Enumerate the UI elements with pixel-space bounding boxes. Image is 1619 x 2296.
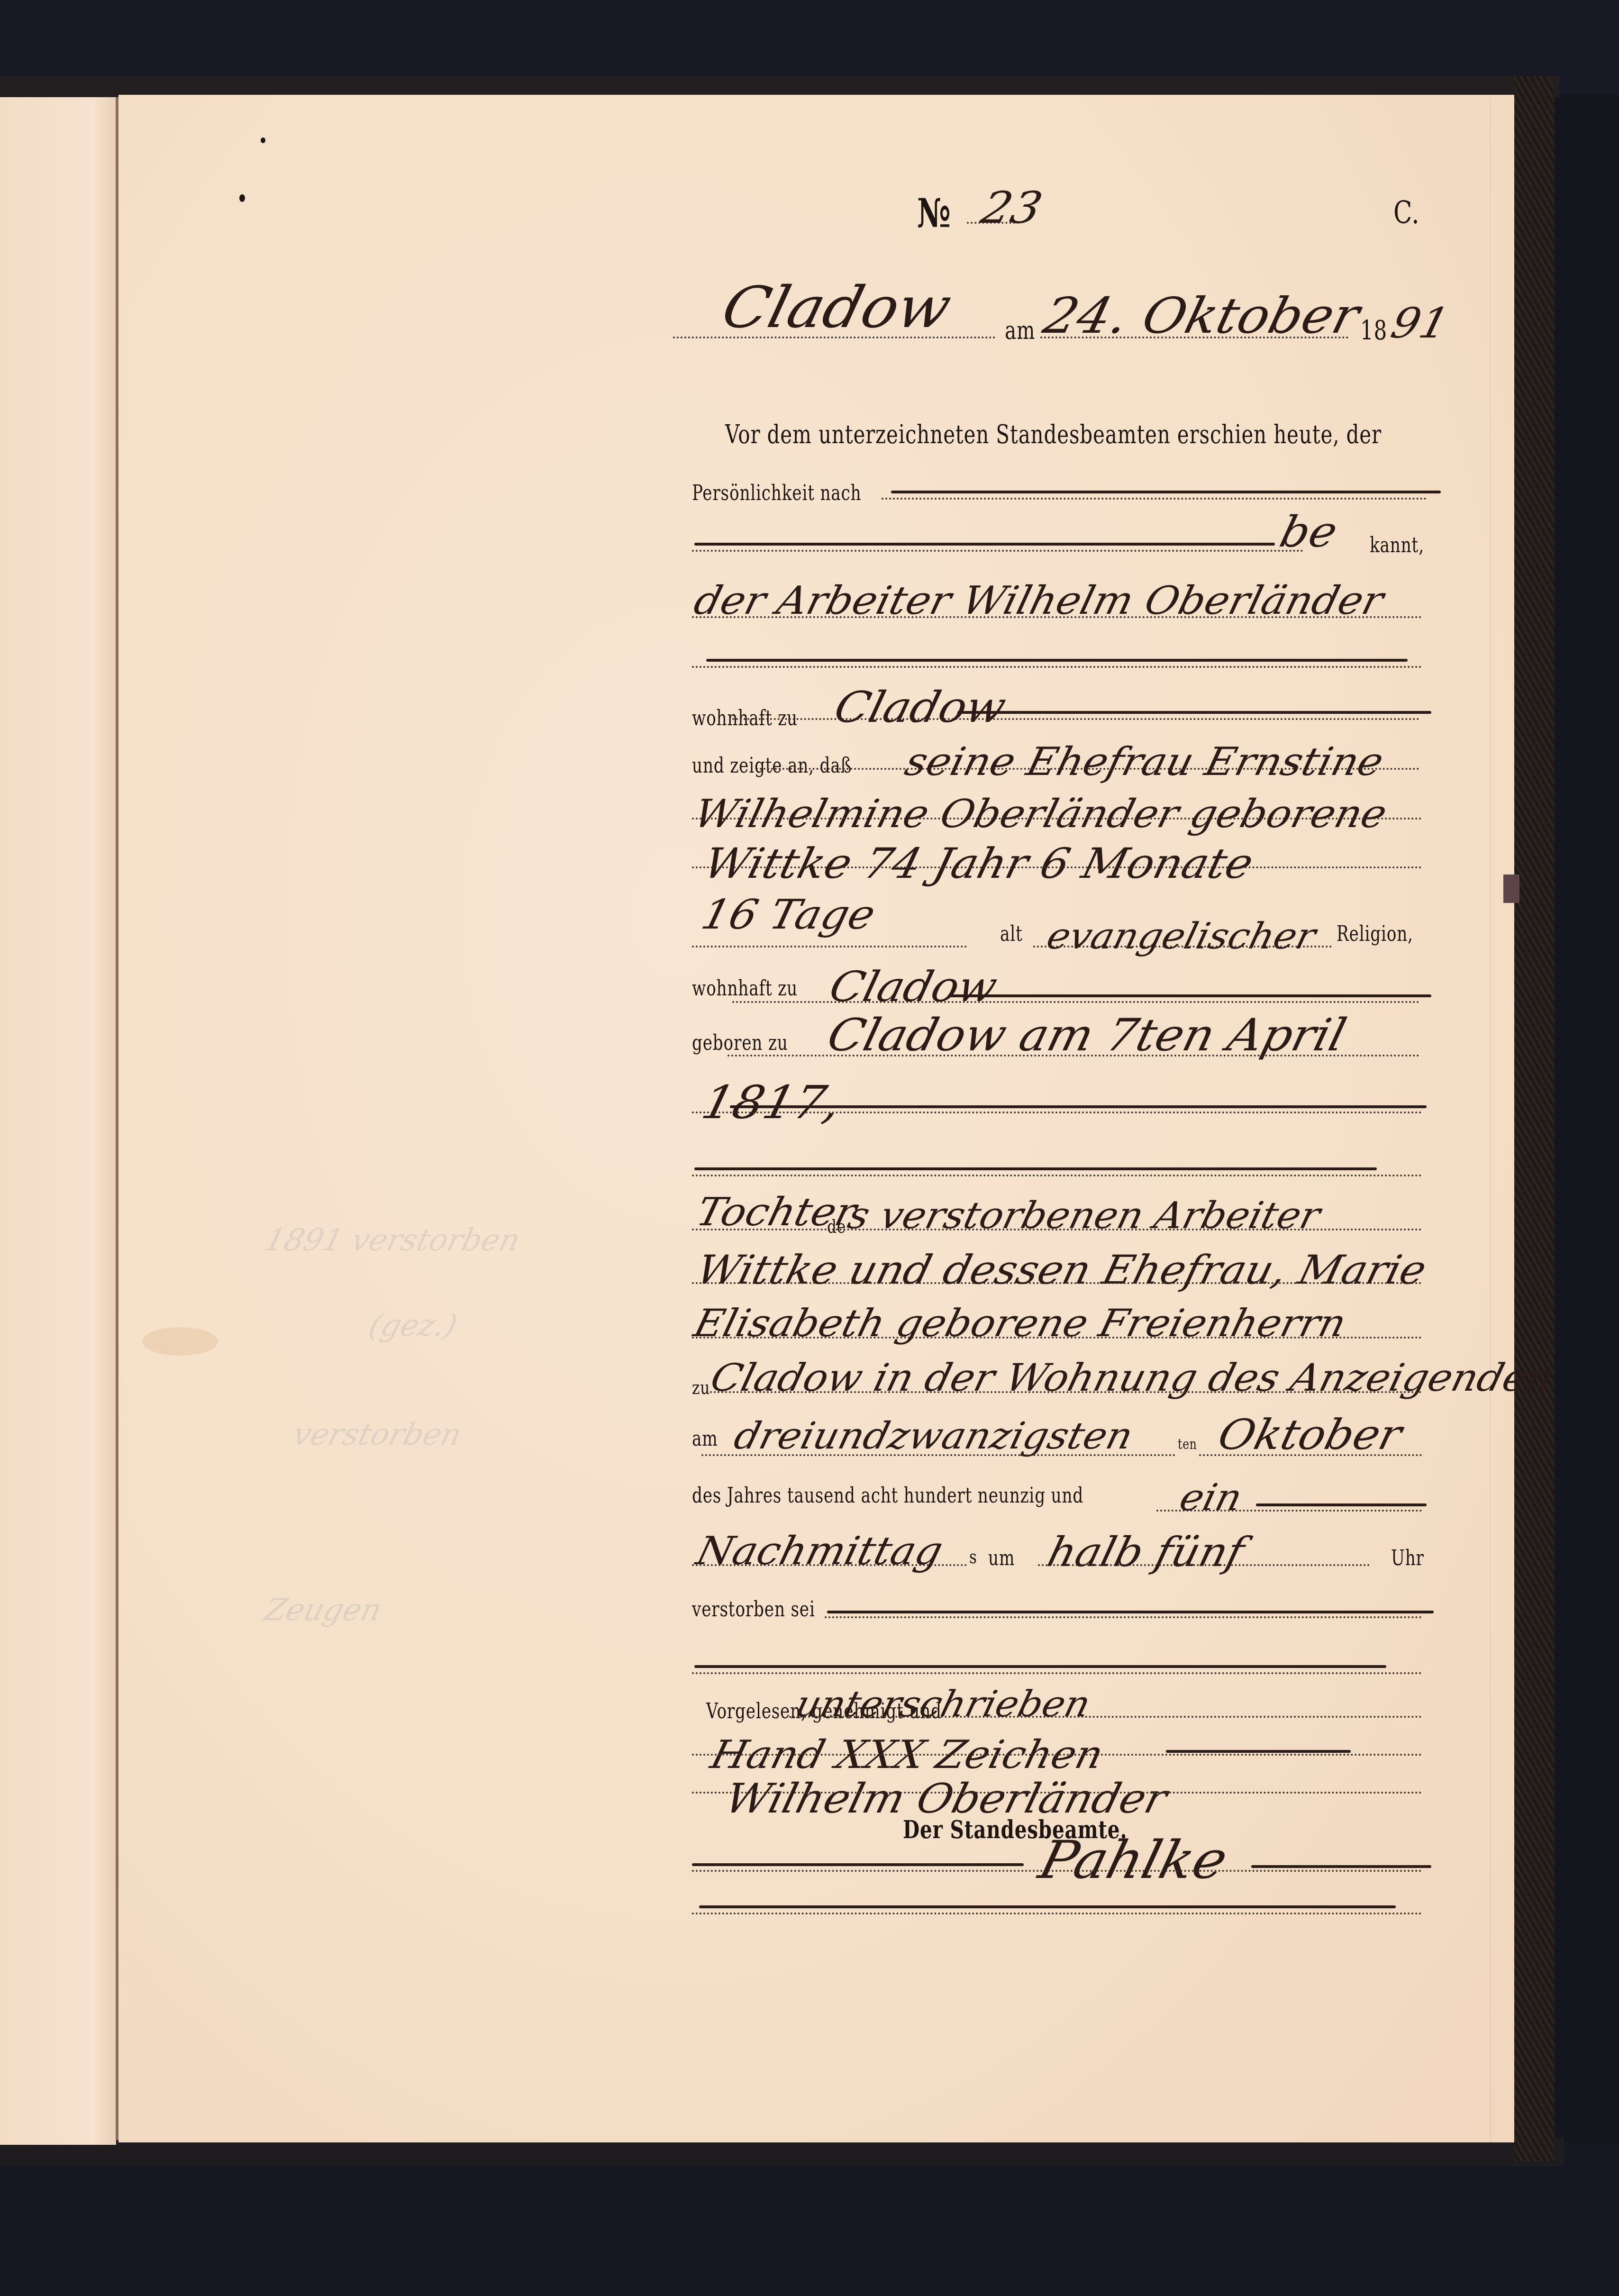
dotline [692, 616, 1422, 618]
dotline [692, 818, 1422, 820]
series-letter: C. [1393, 194, 1419, 231]
read-approved-hand: unterschrieben [791, 1683, 1095, 1725]
strike-line [1166, 1750, 1351, 1753]
informant-residence: Cladow [829, 683, 1011, 732]
intro-text: Vor dem unterzeichneten Standesbeamten e… [725, 419, 1382, 449]
age-label: alt [1000, 922, 1023, 946]
dotline [692, 1870, 1422, 1872]
date-dotline [1040, 337, 1348, 338]
official-signature: Pahlke [1033, 1830, 1234, 1890]
number-dotline [967, 222, 1019, 224]
strike-line [730, 1105, 1427, 1108]
birth-year: 1817, [697, 1076, 846, 1129]
strike-line [1251, 1865, 1431, 1868]
died-label: verstorben sei [692, 1597, 815, 1622]
strike-line [1256, 1503, 1427, 1506]
dotline [789, 1716, 1422, 1718]
birth-label: geboren zu [692, 1031, 788, 1055]
cover-edge-top [0, 76, 1559, 97]
paper-stain [142, 1327, 218, 1356]
dotline [692, 1112, 1422, 1113]
strike-line [694, 1665, 1386, 1668]
year-hand: ein [1175, 1476, 1246, 1519]
dotline [728, 1055, 1419, 1057]
religion-label: Religion, [1337, 922, 1413, 946]
parents-line-1b: s verstorbenen Arbeiter [844, 1194, 1325, 1237]
dotline [756, 768, 1419, 770]
registry-place: Cladow [716, 275, 958, 341]
strike-line [891, 491, 1441, 493]
dotline [692, 1913, 1422, 1914]
dotline [692, 1229, 1422, 1230]
dotline [732, 1001, 1419, 1003]
page-margin-rule [1490, 99, 1491, 2142]
bleed-through-text: verstorben [290, 1417, 465, 1452]
birth-place-date: Cladow am 7ten April [822, 1010, 1351, 1061]
death-day-label: am [692, 1427, 718, 1451]
identity-suffix: kannt, [1370, 533, 1424, 557]
time-hand: halb fünf [1043, 1529, 1249, 1576]
dotline [692, 1672, 1422, 1674]
strike-line [694, 543, 1275, 546]
dotline [1038, 1564, 1370, 1566]
announced-label: und zeigte an, daß [692, 754, 852, 778]
bleed-through-text: (gez.) [365, 1308, 461, 1343]
dotline [692, 666, 1422, 668]
dotline [825, 1616, 1422, 1618]
strike-line [699, 1905, 1396, 1908]
strike-line [706, 659, 1408, 662]
ink-spot [239, 194, 245, 202]
dotline [692, 866, 1422, 868]
place-of-death: Cladow in der Wohnung des Anzeigenden [706, 1356, 1558, 1400]
strike-line [827, 1611, 1434, 1613]
death-day: dreiundzwanzigsten [730, 1415, 1137, 1458]
deceased-line-2: Wilhelmine Oberländer geborene [690, 792, 1392, 837]
dotline [692, 1282, 1422, 1284]
dotline [692, 1754, 1422, 1756]
death-day-suffix: ten [1178, 1436, 1197, 1453]
dotline [692, 1564, 967, 1566]
religion: evangelischer [1043, 915, 1320, 957]
deceased-residence: Cladow [825, 962, 1002, 1011]
dotline [692, 550, 1303, 552]
bleed-through-text: 1891 verstorben [261, 1223, 524, 1258]
ink-spot [261, 137, 265, 143]
dotline [701, 1454, 1175, 1456]
strike-line [948, 994, 1431, 997]
dotline [692, 946, 967, 948]
age-days: 16 Tage [697, 891, 880, 938]
dotline [1156, 1510, 1422, 1512]
place-dotline [673, 337, 995, 338]
dotline [882, 498, 1427, 500]
dotline [732, 718, 1419, 720]
time-s: s [969, 1546, 977, 1568]
deceased-line-3: Wittke 74 Jahr 6 Monate [699, 839, 1258, 888]
parents-line-3: Elisabeth geborene Freienherrn [690, 1301, 1351, 1345]
number-label: № [917, 190, 951, 237]
time-of-day: Nachmittag [692, 1529, 947, 1574]
page-tab-mark [1503, 875, 1519, 903]
time-um-label: um [988, 1546, 1015, 1570]
strike-line [692, 1863, 1024, 1866]
dotline [706, 1391, 1422, 1393]
year-prefix: 18 [1360, 315, 1387, 346]
uhr-label: Uhr [1391, 1546, 1424, 1570]
dotline [692, 1337, 1422, 1339]
registry-date: 24. Oktober [1038, 287, 1365, 345]
am-label: am [1005, 317, 1035, 345]
parents-line-1-de: de [827, 1216, 846, 1238]
dotline [1033, 946, 1332, 948]
deceased-line-1: seine Ehefrau Ernstine [900, 739, 1388, 784]
dotline [692, 1792, 1422, 1794]
dotline [1199, 1454, 1422, 1456]
strike-line [957, 711, 1431, 714]
cover-edge-right [1514, 76, 1555, 2161]
death-month: Oktober [1213, 1410, 1407, 1459]
identity-label: Persönlichkeit nach [692, 481, 861, 505]
bleed-through-text: Zeugen [261, 1593, 385, 1628]
deceased-residence-label: wohnhaft zu [692, 976, 798, 1001]
parents-line-2: Wittke und dessen Ehefrau, Marie [692, 1247, 1431, 1293]
year-text: des Jahres tausend acht hundert neunzig … [692, 1484, 1083, 1508]
dotline [692, 1175, 1422, 1176]
strike-line [694, 1167, 1377, 1170]
left-page [0, 97, 116, 2145]
